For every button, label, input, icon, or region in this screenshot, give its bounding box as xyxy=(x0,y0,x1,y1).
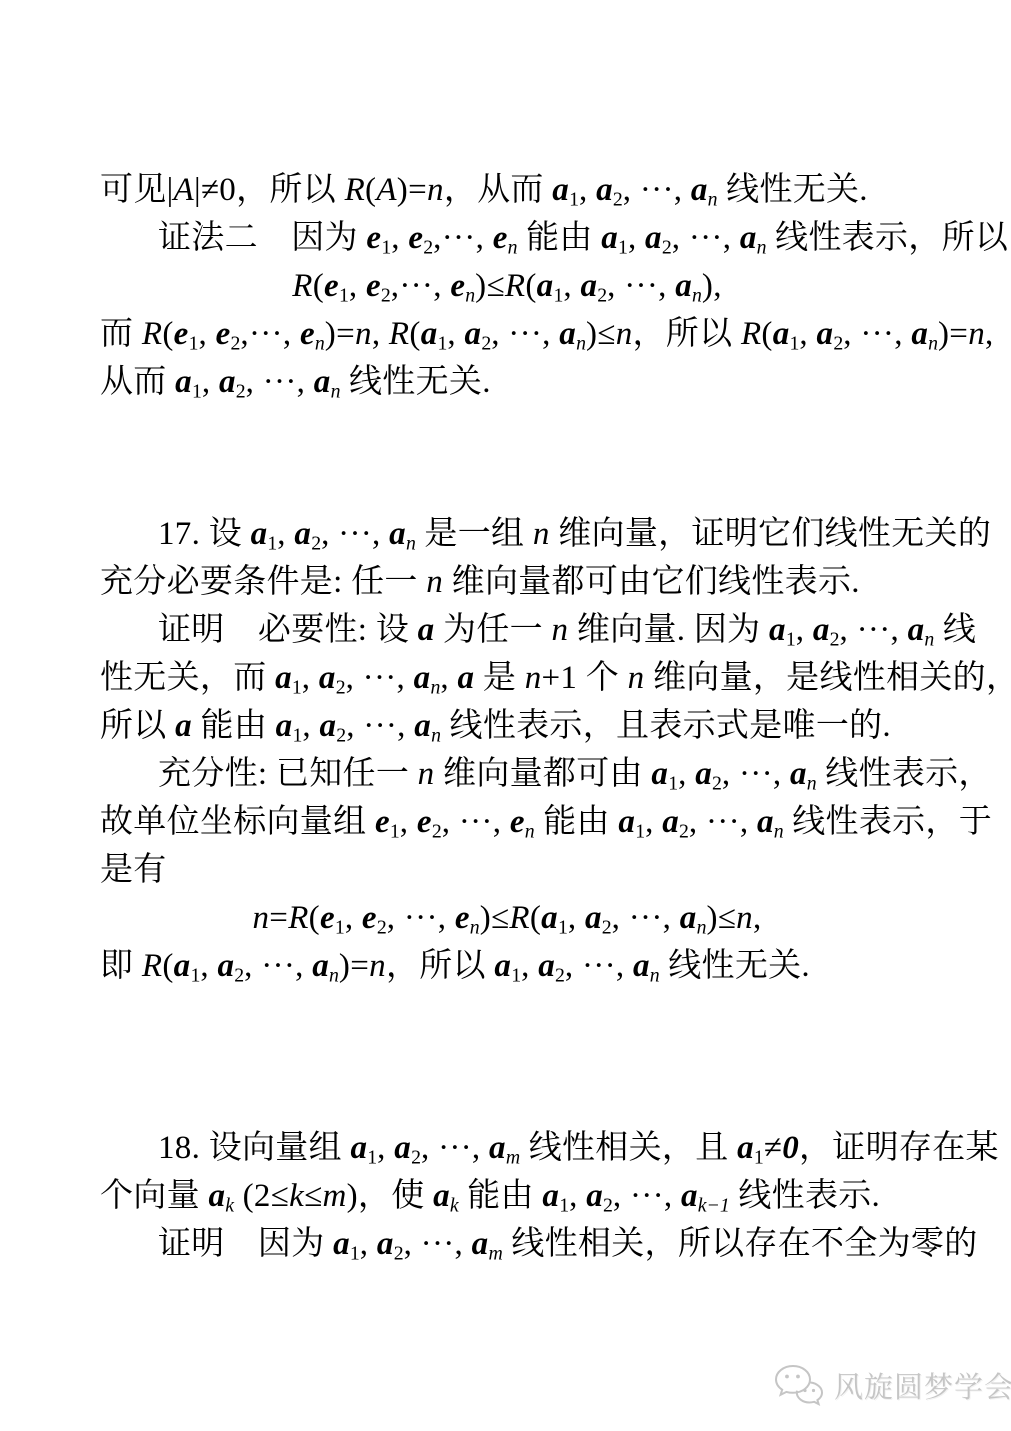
text-run: 2 xyxy=(336,725,346,747)
text-run: ( xyxy=(530,900,541,936)
text-run: e xyxy=(320,900,335,936)
text-run: n xyxy=(525,660,542,696)
text-run: A xyxy=(174,172,194,208)
text-run: 2 xyxy=(833,333,843,355)
text-run: m xyxy=(488,1243,502,1265)
text-run: a xyxy=(276,708,293,744)
text-run: 即 xyxy=(100,948,142,984)
watermark-label: 风旋圆梦学会 xyxy=(834,1365,1011,1406)
text-run: e xyxy=(417,804,432,840)
text-run: a xyxy=(394,1130,411,1166)
text-run: a xyxy=(489,1130,506,1166)
text-run: a xyxy=(542,1178,559,1214)
text-run: 维向量都可由它们线性表示. xyxy=(443,564,860,600)
text-run: n xyxy=(315,333,325,355)
text-run: , ···, xyxy=(442,804,510,840)
text-run: R xyxy=(292,268,312,304)
text-run: a xyxy=(559,316,576,352)
text-run: , xyxy=(377,1130,394,1166)
text-run: 2 xyxy=(423,237,433,259)
text-run: 能由 xyxy=(459,1178,543,1214)
text-run: 可见| xyxy=(100,172,174,208)
text-run: R xyxy=(505,268,525,304)
text-run: a xyxy=(911,316,928,352)
text-run: ( xyxy=(313,268,324,304)
text-run: 为任一 xyxy=(434,612,551,648)
watermark: 风旋圆梦学会 xyxy=(772,1363,1011,1407)
text-run: 2 xyxy=(481,333,491,355)
text-run: 证明 必要性: 设 xyxy=(158,612,418,648)
text-run: e xyxy=(216,316,231,352)
text-run: 2 xyxy=(381,285,391,307)
text-run: n xyxy=(736,900,753,936)
text-run: a xyxy=(541,900,558,936)
text-run: n xyxy=(331,381,341,403)
text-run: 是一组 xyxy=(416,516,533,552)
text-run: e xyxy=(174,316,189,352)
text-run: 2 xyxy=(662,237,672,259)
text-run: 故单位坐标向量组 xyxy=(100,804,375,840)
text-run: e xyxy=(300,316,315,352)
text-run: n xyxy=(430,677,440,699)
text-run: 是 xyxy=(474,660,524,696)
text-run: 1 xyxy=(786,629,796,651)
wechat-icon xyxy=(772,1363,826,1407)
text-run: a xyxy=(350,1130,367,1166)
text-run: k xyxy=(225,1195,234,1217)
text-run: k−1 xyxy=(698,1195,730,1217)
text-run: 1 xyxy=(192,381,202,403)
text-line: 即 R(a1, a2, ···, an)=n，所以 a1, a2, ···, a… xyxy=(100,942,914,990)
text-run: , ···, xyxy=(246,364,314,400)
text-run: 维向量，是线性相关的， xyxy=(644,660,1011,696)
text-run: 充分必要条件是: 任一 xyxy=(100,564,426,600)
text-run: 2 xyxy=(602,917,612,939)
text-run: ，所以 xyxy=(633,316,741,352)
text-run: ( xyxy=(365,172,376,208)
text-run: a xyxy=(537,268,554,304)
text-run: 0 xyxy=(782,1130,799,1166)
text-run: 线性表示， xyxy=(817,756,992,792)
text-run: )≤ xyxy=(480,900,510,936)
text-run: )= xyxy=(397,172,427,208)
text-run: 线性相关，所以存在不全为零的 xyxy=(503,1226,978,1262)
text-run: 2 xyxy=(231,333,241,355)
text-line: 所以 a 能由 a1, a2, ···, an 线性表示，且表示式是唯一的. xyxy=(100,702,914,750)
text-run: a xyxy=(418,612,435,648)
text-line: 性无关，而 a1, a2, ···, an, a 是 n+1 个 n 维向量，是… xyxy=(100,654,914,702)
text-run: n xyxy=(329,965,339,987)
text-run: R xyxy=(142,948,162,984)
text-run: a xyxy=(773,316,790,352)
text-run: a xyxy=(651,756,668,792)
text-run: a xyxy=(691,172,708,208)
text-run: a xyxy=(908,612,925,648)
text-line: 故单位坐标向量组 e1, e2, ···, en 能由 a1, a2, ···,… xyxy=(100,798,914,846)
text-run: , xyxy=(753,900,762,936)
text-run: , ···, xyxy=(321,516,389,552)
text-line: 从而 a1, a2, ···, an 线性无关. xyxy=(100,358,914,406)
text-run: 2 xyxy=(830,629,840,651)
text-run: )≤ xyxy=(475,268,505,304)
text-run: 1 xyxy=(558,917,568,939)
text-run: 1 xyxy=(569,189,579,211)
text-run: 线性无关. xyxy=(340,364,490,400)
text-run: , ···, xyxy=(840,612,908,648)
text-run: ( xyxy=(162,316,173,352)
text-run: n xyxy=(427,172,444,208)
text-run: n xyxy=(774,821,784,843)
text-run: n xyxy=(418,756,435,792)
text-run: , ···, xyxy=(421,1130,489,1166)
text-run: , xyxy=(198,316,215,352)
text-run: n xyxy=(697,917,707,939)
text-run: 1 xyxy=(559,1195,569,1217)
text-run: a xyxy=(662,804,679,840)
text-run: a xyxy=(790,756,807,792)
text-run: R xyxy=(389,316,409,352)
text-run: , ···, xyxy=(346,660,414,696)
text-run: a xyxy=(433,1178,450,1214)
text-line: 证法二 因为 e1, e2,···, en 能由 a1, a2, ···, an… xyxy=(100,214,914,262)
text-run: 2 xyxy=(679,821,689,843)
text-run: 线性相关，且 xyxy=(520,1130,737,1166)
section-gap xyxy=(100,406,914,510)
text-run: k xyxy=(289,1178,304,1214)
text-run: 证法二 因为 xyxy=(158,220,366,256)
text-run: )= xyxy=(938,316,968,352)
text-run: 从而 xyxy=(100,364,175,400)
text-line: 17. 设 a1, a2, ···, an 是一组 n 维向量，证明它们线性无关… xyxy=(100,510,914,558)
text-run: a xyxy=(175,708,192,744)
text-run: n xyxy=(692,285,702,307)
text-run: R xyxy=(142,316,162,352)
textbook-page: 可见|A|≠0，所以 R(A)=n，从而 a1, a2, ···, an 线性无… xyxy=(0,0,1011,1431)
text-run: e xyxy=(493,220,508,256)
text-run: , xyxy=(202,364,219,400)
text-run: 线 xyxy=(934,612,976,648)
text-run: a xyxy=(333,1226,350,1262)
text-run: , xyxy=(277,516,294,552)
text-run: 2 xyxy=(336,677,346,699)
text-run: 2 xyxy=(597,285,607,307)
section-gap xyxy=(100,990,914,1124)
text-run: , xyxy=(579,172,596,208)
text-run: 1 xyxy=(790,333,800,355)
text-run: n xyxy=(525,821,535,843)
text-run: 1 xyxy=(339,285,349,307)
text-run: , xyxy=(200,948,217,984)
text-run: e xyxy=(510,804,525,840)
text-run: , xyxy=(360,1226,377,1262)
text-run: ( xyxy=(309,900,320,936)
text-run: ( xyxy=(525,268,536,304)
text-run: n xyxy=(924,629,934,651)
text-run: e xyxy=(324,268,339,304)
text-run: ( xyxy=(761,316,772,352)
text-run: 1 xyxy=(668,773,678,795)
text-run: 能由 xyxy=(518,220,602,256)
text-run: ≠ xyxy=(764,1130,782,1166)
text-run: a xyxy=(596,172,613,208)
text-run: a xyxy=(675,268,692,304)
text-run: a xyxy=(552,172,569,208)
text-run: R xyxy=(288,900,308,936)
text-run: a xyxy=(219,364,236,400)
text-run: )= xyxy=(325,316,355,352)
text-run: 线性无关. xyxy=(718,172,868,208)
text-run: a xyxy=(421,316,438,352)
text-run: , ···, xyxy=(491,316,559,352)
text-run: 1 xyxy=(553,285,563,307)
text-run: 线性表示，且表示式是唯一的. xyxy=(441,708,891,744)
text-run: , xyxy=(372,316,389,352)
text-run: a xyxy=(538,948,555,984)
text-run: n xyxy=(508,237,518,259)
text-run: 1 xyxy=(635,821,645,843)
text-run: a xyxy=(645,220,662,256)
text-run: , ···, xyxy=(672,220,740,256)
text-run: , xyxy=(302,660,319,696)
text-run: 2 xyxy=(555,965,565,987)
text-run: a xyxy=(813,612,830,648)
text-run: 2 xyxy=(234,965,244,987)
text-run: n xyxy=(355,316,372,352)
text-run: a xyxy=(175,364,192,400)
text-run: 1 xyxy=(618,237,628,259)
text-run: e xyxy=(375,804,390,840)
text-run: , xyxy=(985,316,994,352)
text-run: ,···, xyxy=(391,268,451,304)
text-run: a xyxy=(465,316,482,352)
text-run: a xyxy=(251,516,268,552)
text-run: , ···, xyxy=(612,900,680,936)
text-run: n xyxy=(928,333,938,355)
text-run: 1 xyxy=(367,1147,377,1169)
text-run: n xyxy=(252,900,269,936)
text-run: 1 xyxy=(292,725,302,747)
text-line: 18. 设向量组 a1, a2, ···, am 线性相关，且 a1≠0，证明存… xyxy=(100,1124,914,1172)
text-run: 2 xyxy=(311,533,321,555)
text-run: , xyxy=(447,316,464,352)
text-run: +1 个 xyxy=(542,660,628,696)
text-run: 充分性: 已知任一 xyxy=(158,756,418,792)
text-run: a xyxy=(377,1226,394,1262)
text-run: 1 xyxy=(292,677,302,699)
text-line: 充分必要条件是: 任一 n 维向量都可由它们线性表示. xyxy=(100,558,914,606)
text-run: ,···, xyxy=(433,220,493,256)
text-run: ( xyxy=(162,948,173,984)
text-run: n xyxy=(551,612,568,648)
text-run: a xyxy=(312,948,329,984)
text-run: 所以 xyxy=(100,708,175,744)
text-run: 18. 设向量组 xyxy=(158,1130,350,1166)
text-run: k xyxy=(450,1195,459,1217)
text-run: 1 xyxy=(438,333,448,355)
text-run: , xyxy=(521,948,538,984)
text-run: 线性表示. xyxy=(730,1178,880,1214)
text-run: 而 xyxy=(100,316,142,352)
text-run: , xyxy=(345,900,362,936)
text-run: 1 xyxy=(390,821,400,843)
text-run: 能由 xyxy=(192,708,276,744)
text-run: 能由 xyxy=(535,804,619,840)
text-run: R xyxy=(741,316,761,352)
text-run: a xyxy=(174,948,191,984)
text-run: 2 xyxy=(411,1147,421,1169)
text-run: a xyxy=(472,1226,489,1262)
text-line: 证明 因为 a1, a2, ···, am 线性相关，所以存在不全为零的 xyxy=(100,1220,914,1268)
text-run: 2 xyxy=(236,381,246,403)
text-run: A xyxy=(376,172,396,208)
text-run: a xyxy=(580,268,597,304)
text-run: a xyxy=(601,220,618,256)
text-run: 1 xyxy=(267,533,277,555)
text-line: 证明 必要性: 设 a 为任一 n 维向量. 因为 a1, a2, ···, a… xyxy=(100,606,914,654)
text-run: R xyxy=(509,900,529,936)
text-run: n xyxy=(533,516,550,552)
text-run: , ···, xyxy=(722,756,790,792)
text-run: e xyxy=(366,220,381,256)
text-run: n xyxy=(968,316,985,352)
text-run: 1 xyxy=(335,917,345,939)
text-run: n xyxy=(650,965,660,987)
text-run: , xyxy=(799,316,816,352)
text-run: ≤ xyxy=(304,1178,322,1214)
text-run: a xyxy=(314,364,331,400)
text-run: 1 xyxy=(350,1243,360,1265)
text-run: a xyxy=(681,1178,698,1214)
text-run: 线性表示，所以 xyxy=(767,220,1009,256)
text-run: , xyxy=(568,900,585,936)
text-run: , ···, xyxy=(607,268,675,304)
text-run: 1 xyxy=(754,1147,764,1169)
text-run: a xyxy=(618,804,635,840)
text-run: a xyxy=(457,660,474,696)
text-run: n xyxy=(708,189,718,211)
text-run: n xyxy=(576,333,586,355)
text-run: , ···, xyxy=(623,172,691,208)
text-run: 维向量，证明它们线性无关的 xyxy=(550,516,991,552)
text-run: 1 xyxy=(190,965,200,987)
text-run: a xyxy=(757,804,774,840)
text-run: 2 xyxy=(432,821,442,843)
text-run: , ···, xyxy=(613,1178,681,1214)
text-run: a xyxy=(319,660,336,696)
text-run: a xyxy=(585,900,602,936)
text-run: , xyxy=(391,220,408,256)
text-run: |≠0，所以 xyxy=(194,172,345,208)
text-run: , xyxy=(628,220,645,256)
text-line: 而 R(e1, e2,···, en)=n, R(a1, a2, ···, an… xyxy=(100,310,914,358)
text-run: , ···, xyxy=(843,316,911,352)
text-run: 证明 因为 xyxy=(158,1226,333,1262)
text-run: a xyxy=(414,660,431,696)
text-run: n xyxy=(757,237,767,259)
text-run: , xyxy=(796,612,813,648)
text-run: 线性表示，于 xyxy=(784,804,992,840)
text-run: , xyxy=(563,268,580,304)
text-run: a xyxy=(275,660,292,696)
text-run: , ···, xyxy=(346,708,414,744)
text-run: 个向量 xyxy=(100,1178,208,1214)
text-run: , ···, xyxy=(689,804,757,840)
text-run: , xyxy=(349,268,366,304)
text-run: ，从而 xyxy=(444,172,552,208)
text-run: a xyxy=(633,948,650,984)
text-run: a xyxy=(695,756,712,792)
text-run: , ···, xyxy=(244,948,312,984)
text-run: )，使 xyxy=(347,1178,433,1214)
text-run: 1 xyxy=(511,965,521,987)
text-run: , xyxy=(440,660,457,696)
text-line: 个向量 ak (2≤k≤m)，使 ak 能由 a1, a2, ···, ak−1… xyxy=(100,1172,914,1220)
text-run: e xyxy=(455,900,470,936)
text-run: ), xyxy=(702,268,722,304)
text-run: a xyxy=(294,516,311,552)
text-run: (2≤ xyxy=(234,1178,289,1214)
text-run: a xyxy=(319,708,336,744)
text-run: a xyxy=(208,1178,225,1214)
text-run: ，所以 xyxy=(386,948,494,984)
text-run: n xyxy=(426,564,443,600)
text-run: n xyxy=(406,533,416,555)
text-run: 2 xyxy=(394,1243,404,1265)
text-run: 17. 设 xyxy=(158,516,251,552)
text-run: 1 xyxy=(381,237,391,259)
text-run: R xyxy=(345,172,365,208)
text-run: m xyxy=(506,1147,520,1169)
text-run: e xyxy=(450,268,465,304)
text-run: a xyxy=(680,900,697,936)
text-run: ,···, xyxy=(240,316,300,352)
text-run: 维向量. 因为 xyxy=(568,612,769,648)
text-run: , xyxy=(400,804,417,840)
text-run: n xyxy=(465,285,475,307)
text-run: 1 xyxy=(189,333,199,355)
text-run: e xyxy=(366,268,381,304)
text-run: a xyxy=(494,948,511,984)
document-body: 可见|A|≠0，所以 R(A)=n，从而 a1, a2, ···, an 线性无… xyxy=(100,166,914,1268)
text-line: 可见|A|≠0，所以 R(A)=n，从而 a1, a2, ···, an 线性无… xyxy=(100,166,914,214)
text-run: , xyxy=(569,1178,586,1214)
text-run: 2 xyxy=(613,189,623,211)
text-run: n xyxy=(628,660,645,696)
text-run: 性无关，而 xyxy=(100,660,275,696)
text-run: )= xyxy=(339,948,369,984)
text-run: a xyxy=(769,612,786,648)
text-run: )≤ xyxy=(586,316,616,352)
text-run: 线性无关. xyxy=(660,948,810,984)
text-run: a xyxy=(740,220,757,256)
text-run: )≤ xyxy=(706,900,736,936)
text-run: a xyxy=(737,1130,754,1166)
text-run: 2 xyxy=(603,1195,613,1217)
text-run: a xyxy=(586,1178,603,1214)
text-run: e xyxy=(408,220,423,256)
text-run: 2 xyxy=(377,917,387,939)
text-run: 2 xyxy=(712,773,722,795)
text-run: 维向量都可由 xyxy=(434,756,651,792)
text-run: , ···, xyxy=(387,900,455,936)
text-run: ，证明存在某 xyxy=(799,1130,999,1166)
text-run: a xyxy=(414,708,431,744)
text-line: 是有 xyxy=(100,846,914,894)
text-line: 充分性: 已知任一 n 维向量都可由 a1, a2, ···, an 线性表示， xyxy=(100,750,914,798)
formula-line: n=R(e1, e2, ···, en)≤R(a1, a2, ···, an)≤… xyxy=(100,894,914,942)
text-run: a xyxy=(389,516,406,552)
text-run: n xyxy=(807,773,817,795)
